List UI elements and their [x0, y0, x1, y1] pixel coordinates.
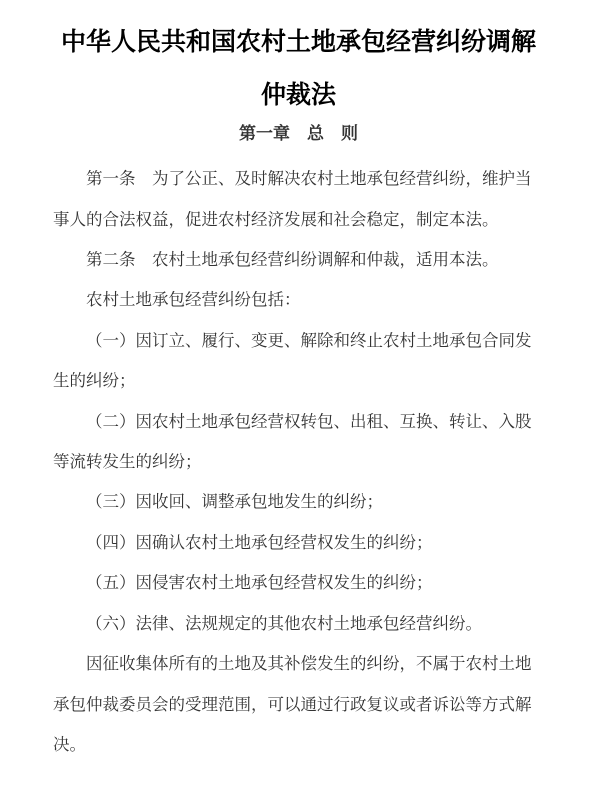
- paragraph-article-2: 第二条 农村土地承包经营纠纷调解和仲裁，适用本法。: [53, 240, 544, 280]
- paragraph-expropriation-exclusion: 因征收集体所有的土地及其补偿发生的纠纷，不属于农村土地承包仲裁委员会的受理范围，…: [53, 644, 544, 765]
- paragraph-dispute-list-intro: 农村土地承包经营纠纷包括：: [53, 280, 544, 320]
- paragraph-dispute-item-3: （三）因收回、调整承包地发生的纠纷；: [53, 482, 544, 522]
- paragraph-dispute-item-1: （一）因订立、履行、变更、解除和终止农村土地承包合同发生的纠纷；: [53, 321, 544, 402]
- paragraph-dispute-item-2: （二）因农村土地承包经营权转包、出租、互换、转让、入股等流转发生的纠纷；: [53, 402, 544, 483]
- paragraph-dispute-item-4: （四）因确认农村土地承包经营权发生的纠纷；: [53, 523, 544, 563]
- paragraph-article-1: 第一条 为了公正、及时解决农村土地承包经营纠纷，维护当事人的合法权益，促进农村经…: [53, 159, 544, 240]
- paragraph-dispute-item-6: （六）法律、法规规定的其他农村土地承包经营纠纷。: [53, 604, 544, 644]
- paragraph-dispute-item-5: （五）因侵害农村土地承包经营权发生的纠纷；: [53, 563, 544, 603]
- document-title: 中华人民共和国农村土地承包经营纠纷调解仲裁法: [53, 16, 544, 121]
- law-document-page: 中华人民共和国农村土地承包经营纠纷调解仲裁法 第一章 总 则 第一条 为了公正、…: [0, 0, 597, 785]
- chapter-heading: 第一章 总 则: [53, 123, 544, 145]
